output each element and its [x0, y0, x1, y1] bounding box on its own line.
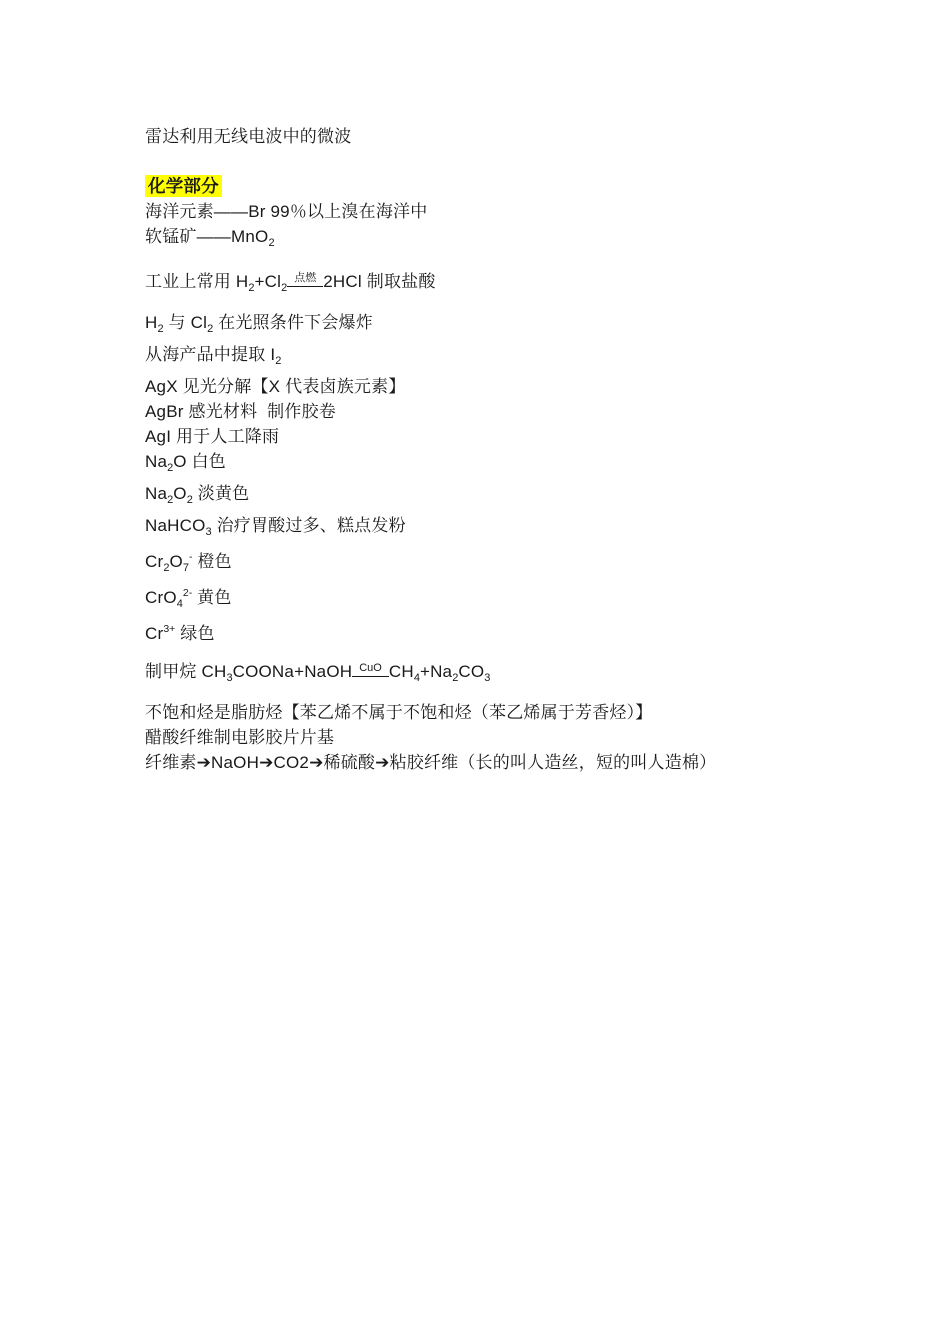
subscript: 3 — [484, 672, 490, 684]
text-run: Na — [145, 484, 167, 503]
text-run: CO — [458, 662, 484, 681]
line-na2o2-color: Na2O2 淡黄色 — [145, 481, 820, 513]
text-run: AgI 用于人工降雨 — [145, 427, 279, 446]
reaction-condition-label: 点燃 — [287, 272, 323, 287]
superscript: 3+ — [163, 623, 175, 635]
superscript: 2- — [183, 587, 192, 599]
line-ocean-element-br: 海洋元素——Br 99％以上溴在海洋中 — [145, 199, 820, 224]
line-dichromate-color: Cr2O7- 橙色 — [145, 545, 820, 581]
line-hcl-industrial-equation: 工业上常用 H2+Cl2点燃2HCl 制取盐酸 — [145, 256, 820, 310]
line-iodine-from-seafood: 从海产品中提取 I2 — [145, 342, 820, 374]
line-viscose-process: 纤维素➔NaOH➔CO2➔稀硫酸➔粘胶纤维（长的叫人造丝，短的叫人造棉） — [145, 750, 820, 775]
subscript: 7 — [183, 562, 189, 574]
text-run: +Na — [420, 662, 452, 681]
line-cr3-color: Cr3+ 绿色 — [145, 617, 820, 646]
line-na2o-color: Na2O 白色 — [145, 449, 820, 481]
text-run: AgBr 感光材料 制作胶卷 — [145, 402, 336, 421]
line-chromate-color: CrO42- 黄色 — [145, 581, 820, 617]
text-run: CrO — [145, 588, 177, 607]
text-run: 与 Cl — [164, 313, 208, 332]
text-run: 从海产品中提取 I — [145, 345, 275, 364]
text-run: AgX 见光分解【X 代表卤族元素】 — [145, 377, 406, 396]
text-run: Cr — [145, 624, 163, 643]
text-run: O — [169, 552, 182, 571]
text-run: COONa+NaOH — [233, 662, 353, 681]
text-run: 软锰矿——MnO — [145, 227, 268, 246]
text-run: 橙色 — [193, 552, 232, 571]
line-h2-cl2-explosion: H2 与 Cl2 在光照条件下会爆炸 — [145, 310, 820, 342]
text-run: O 白色 — [173, 452, 226, 471]
line-nahco3-uses: NaHCO3 治疗胃酸过多、糕点发粉 — [145, 513, 820, 545]
line-radar-microwave: 雷达利用无线电波中的微波 — [145, 124, 820, 149]
text-run: +Cl — [255, 272, 282, 291]
text-run: O — [173, 484, 186, 503]
subscript: 2 — [275, 355, 281, 367]
subscript: 2 — [268, 237, 274, 249]
text-run: 2HCl 制取盐酸 — [323, 272, 435, 291]
document-page: 雷达利用无线电波中的微波化学部分海洋元素——Br 99％以上溴在海洋中软锰矿——… — [0, 0, 950, 1344]
text-run: NaHCO — [145, 516, 206, 535]
text-run: 制甲烷 CH — [145, 662, 226, 681]
line-agbr-film: AgBr 感光材料 制作胶卷 — [145, 399, 820, 424]
text-run: H — [145, 313, 157, 332]
blank-line — [145, 149, 820, 174]
text-run: 海洋元素——Br 99％以上溴在海洋中 — [145, 202, 427, 221]
line-acetate-film-base: 醋酸纤维制电影胶片片基 — [145, 725, 820, 750]
text-run: 雷达利用无线电波中的微波 — [145, 127, 351, 146]
text-run: 治疗胃酸过多、糕点发粉 — [212, 516, 406, 535]
reaction-condition-label: CuO — [352, 662, 389, 677]
text-run: 绿色 — [175, 624, 214, 643]
heading-chemistry-section: 化学部分 — [145, 174, 820, 199]
highlighted-text: 化学部分 — [145, 175, 222, 197]
line-agi-rainmaking: AgI 用于人工降雨 — [145, 424, 820, 449]
subscript: 4 — [177, 598, 183, 610]
line-pyrolusite: 软锰矿——MnO2 — [145, 224, 820, 256]
text-run: Cr — [145, 552, 163, 571]
line-agx-decompose: AgX 见光分解【X 代表卤族元素】 — [145, 374, 820, 399]
text-run: 黄色 — [192, 588, 231, 607]
text-run: 工业上常用 H — [145, 272, 248, 291]
line-unsaturated-hydrocarbon: 不饱和烃是脂肪烃【苯乙烯不属于不饱和烃（苯乙烯属于芳香烃）】 — [145, 700, 820, 725]
text-run: 醋酸纤维制电影胶片片基 — [145, 728, 334, 747]
text-run: CH — [389, 662, 414, 681]
text-run: 淡黄色 — [193, 484, 250, 503]
text-run: 在光照条件下会爆炸 — [213, 313, 373, 332]
text-run: 纤维素➔NaOH➔CO2➔稀硫酸➔粘胶纤维（长的叫人造丝，短的叫人造棉） — [145, 753, 716, 772]
text-run: Na — [145, 452, 167, 471]
text-run: 不饱和烃是脂肪烃【苯乙烯不属于不饱和烃（苯乙烯属于芳香烃）】 — [145, 703, 653, 722]
line-methane-equation: 制甲烷 CH3COONa+NaOHCuOCH4+Na2CO3 — [145, 646, 820, 700]
document-body: 雷达利用无线电波中的微波化学部分海洋元素——Br 99％以上溴在海洋中软锰矿——… — [145, 124, 820, 775]
